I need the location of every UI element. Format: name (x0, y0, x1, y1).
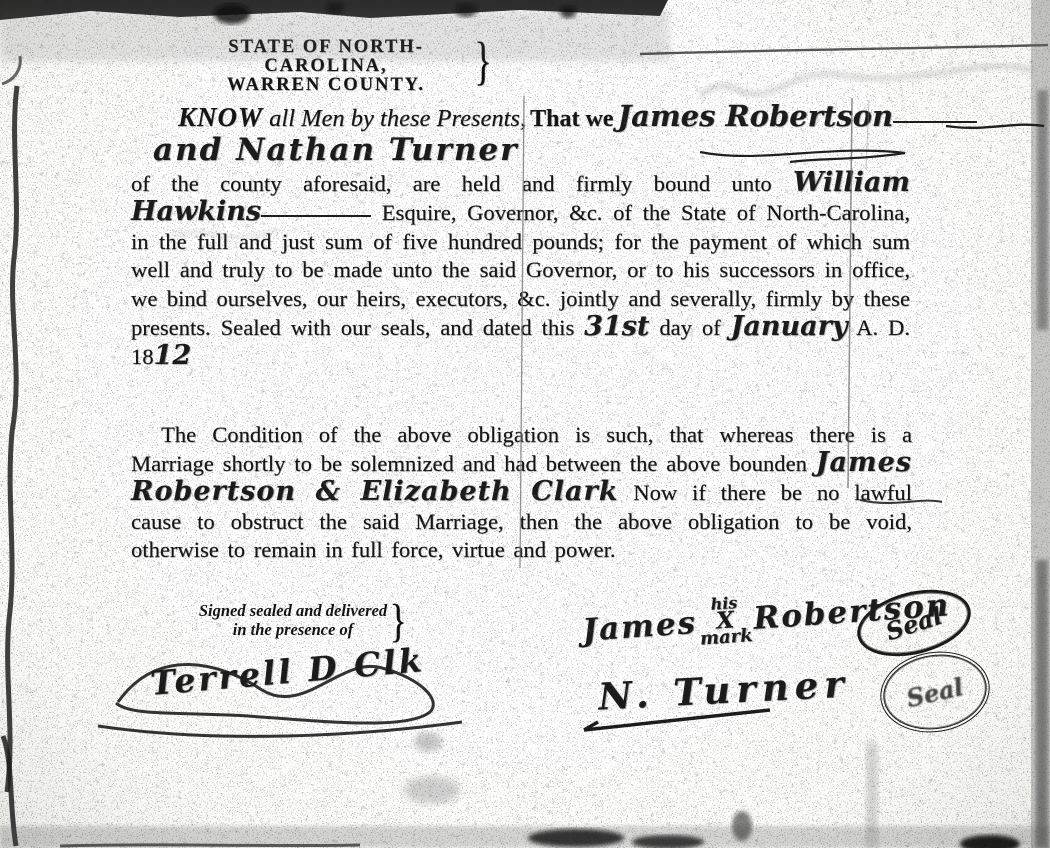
presents-phrase: all Men by these Presents, (263, 105, 526, 132)
bottom-blotch (528, 829, 624, 847)
his-mark-stack: his X mark (697, 595, 753, 647)
cosigner-line: and Nathan Turner (153, 132, 518, 168)
right-edge-band (1031, 0, 1050, 848)
know-word: KNOW (178, 102, 263, 132)
principal-name-handwritten: James Robertson (617, 99, 893, 133)
condition-lead: The Condition of the above obligation is… (131, 422, 912, 476)
torn-edge-top (0, 0, 668, 20)
document-scan: STATE OF NORTH-CAROLINA, WARREN COUNTY. … (0, 0, 1050, 848)
header-brace: } (474, 30, 492, 91)
month-handwritten: January (731, 311, 848, 342)
right-edge-dark (1036, 560, 1048, 848)
bondsman-signature: N. Turner (597, 661, 851, 718)
right-edge-dark (1037, 90, 1048, 330)
condition-paragraph: The Condition of the above obligation is… (131, 421, 912, 564)
fill-in-rule (261, 203, 371, 217)
fill-in-rule (893, 112, 977, 123)
attestation-block: Signed sealed and delivered in the prese… (193, 601, 393, 639)
obligation-lead: of the county aforesaid, are held and fi… (131, 171, 772, 196)
bottom-blotch (732, 811, 752, 841)
top-smudge (455, 3, 477, 17)
top-smudge (214, 4, 250, 24)
stain-cluster (414, 732, 442, 752)
obligation-dated-lead: Sealed with our seals, and dated this (221, 315, 575, 340)
bottom-blotch (960, 835, 1020, 848)
obligation-paragraph: of the county aforesaid, are held and fi… (131, 169, 910, 372)
day-of-printed: day of (659, 315, 720, 340)
bottom-blotch (632, 835, 704, 848)
attestation-brace: } (390, 596, 407, 649)
mark-label: mark (700, 628, 754, 647)
top-smudge (326, 2, 344, 14)
torn-edge-bottom-left (3, 736, 16, 846)
that-we: That we (530, 106, 613, 132)
witness-signature: Terrell D Clk (149, 640, 426, 703)
left-edge-curl (2, 56, 20, 84)
bottom-streak (866, 742, 878, 848)
bottom-shading-band (0, 826, 1050, 848)
header-county-line: WARREN COUNTY. (168, 76, 484, 95)
header-state-line: STATE OF NORTH-CAROLINA, (168, 38, 484, 76)
seal-word: Seal (904, 671, 966, 712)
bondsman-seal: Seal (874, 644, 995, 740)
seal-word: Seal (882, 600, 945, 645)
document-header: STATE OF NORTH-CAROLINA, WARREN COUNTY. (168, 38, 484, 95)
flourish-after-cosigner-name (700, 151, 905, 162)
year-handwritten: 12 (154, 340, 192, 371)
bottom-edge-line (60, 845, 360, 846)
cosigner-name-handwritten: and Nathan Turner (153, 132, 518, 168)
attestation-line1: Signed sealed and delivered (193, 601, 393, 620)
torn-edge-left (7, 86, 17, 792)
attestation-line2: in the presence of (193, 620, 393, 639)
bleed-through-marks (700, 66, 1033, 96)
page-edge-line-top-right (640, 45, 1048, 54)
day-handwritten: 31st (584, 311, 649, 342)
top-smudge (560, 6, 576, 18)
stain-cluster (404, 776, 460, 804)
opening-line: KNOW all Men by these Presents, That we … (178, 99, 977, 133)
principal-first-name: James (581, 605, 698, 649)
